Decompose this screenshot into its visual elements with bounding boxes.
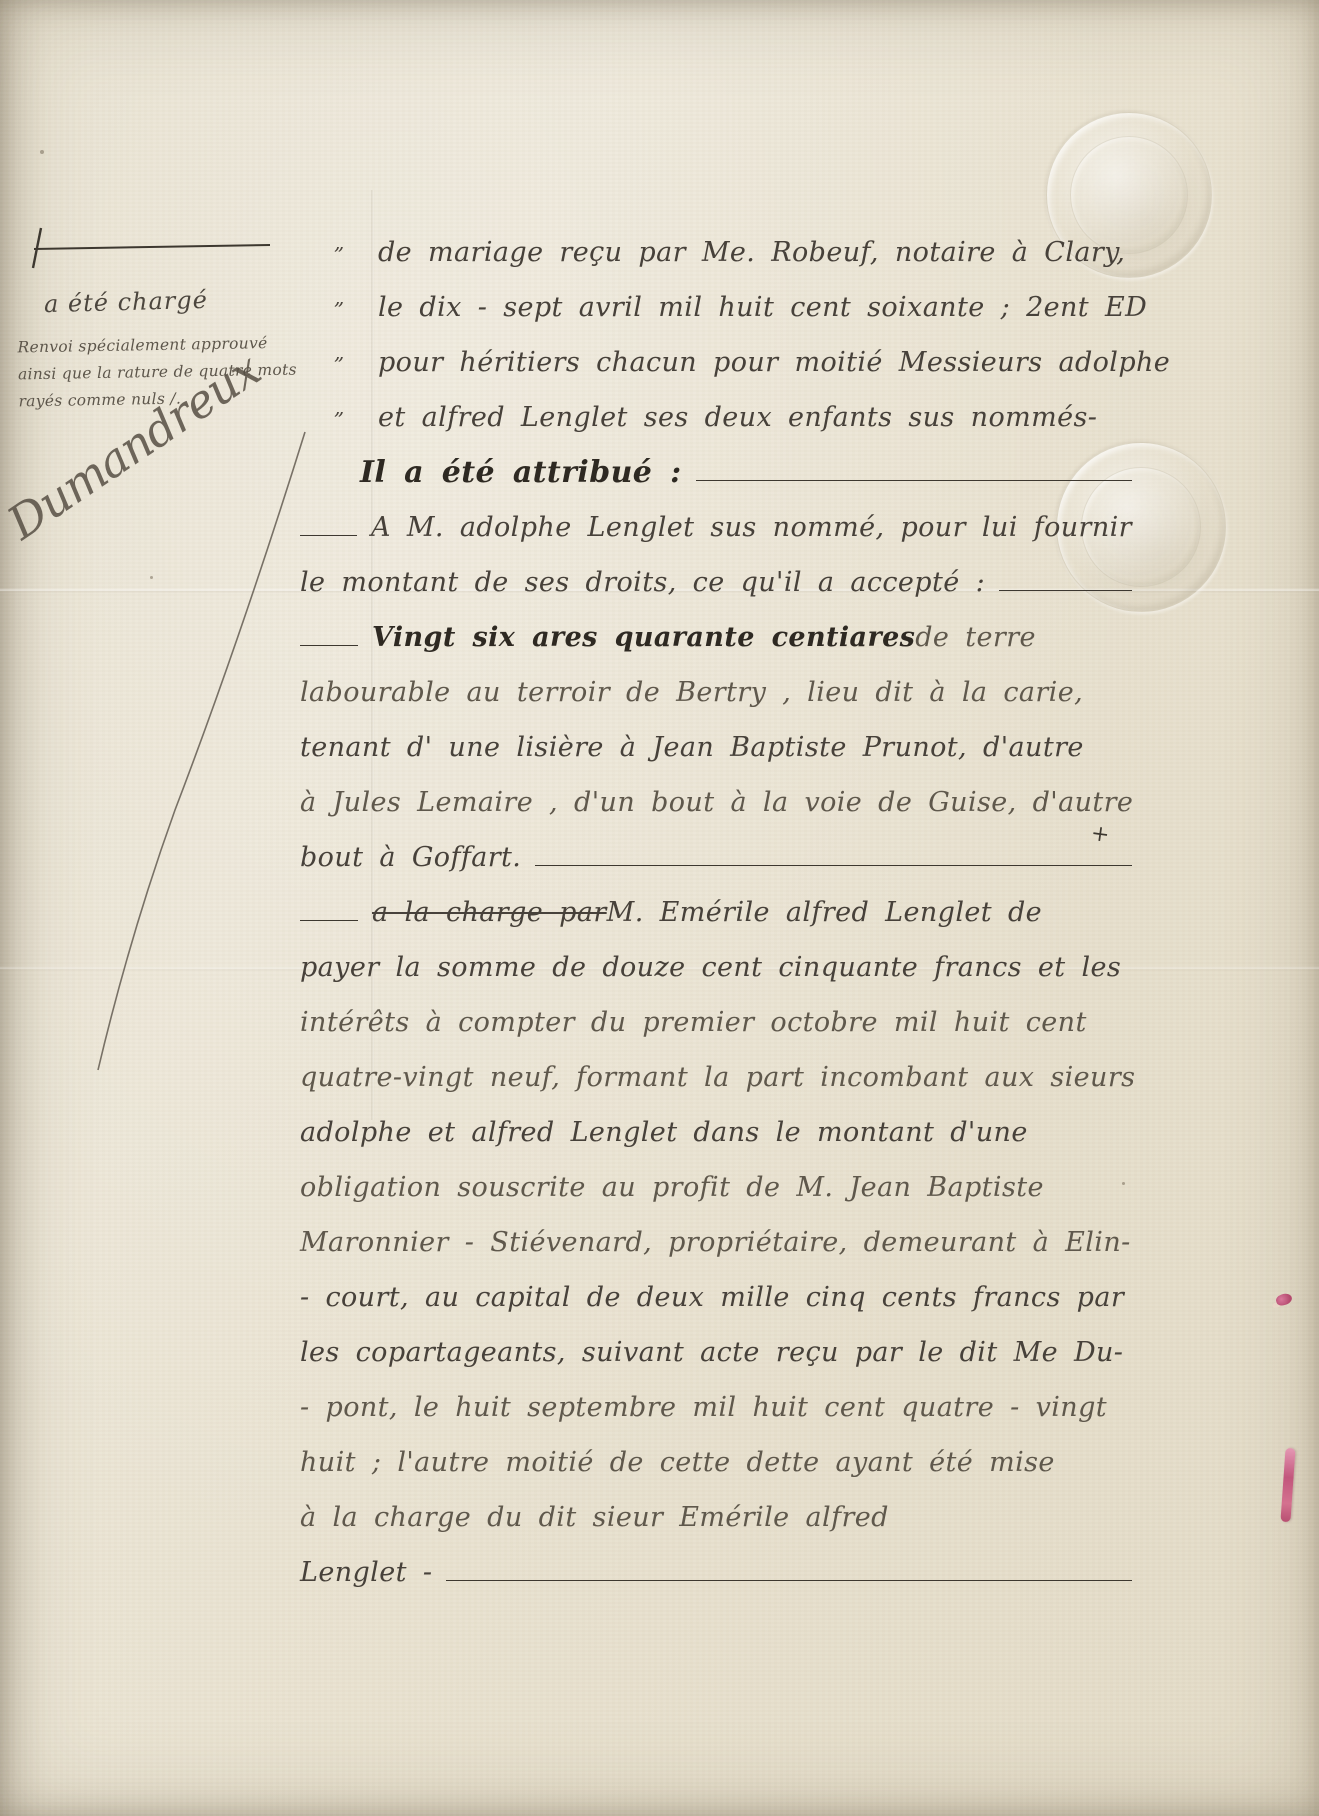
handwritten-text: M. Emérile alfred Lenglet de [607,898,1042,928]
handwritten-text: Maronnier - Stiévenard, propriétaire, de… [300,1228,1131,1258]
manuscript-line: tenant d' une lisière à Jean Baptiste Pr… [300,708,1132,763]
handwritten-text: à la charge du dit sieur Emérile alfred [300,1503,889,1533]
paper-speck [150,576,153,579]
manuscript-line: Vingt six ares quarante centiares de ter… [300,598,1132,653]
ink-rule-lead [300,920,358,921]
manuscript-line: a la charge par M. Emérile alfred Lengle… [300,873,1132,928]
renvoi-cross-line [20,222,280,272]
handwritten-text: intérêts à compter du premier octobre mi… [300,1008,1087,1038]
ink-rule-lead [300,535,357,536]
handwritten-text: obligation souscrite au profit de M. Jea… [300,1173,1044,1203]
manuscript-line: labourable au terroir de Bertry , lieu d… [300,653,1132,708]
handwritten-text: et alfred Lenglet ses deux enfants sus n… [378,403,1097,433]
paper-speck [1122,1182,1125,1185]
struck-out-words: a la charge par [372,898,607,928]
scanned-document-page: a été chargé Renvoi spécialement approuv… [0,0,1319,1816]
manuscript-line: - court, au capital de deux mille cinq c… [300,1258,1132,1313]
handwritten-text: huit ; l'autre moitié de cette dette aya… [300,1448,1055,1478]
manuscript-line: obligation souscrite au profit de M. Jea… [300,1148,1132,1203]
manuscript-line: „de mariage reçu par Me. Robeuf, notaire… [300,213,1132,268]
handwritten-text: tenant d' une lisière à Jean Baptiste Pr… [300,733,1084,763]
handwritten-text: - pont, le huit septembre mil huit cent … [300,1393,1107,1423]
handwritten-text: - court, au capital de deux mille cinq c… [300,1283,1124,1313]
handwritten-text: Il a été attribué : [360,458,682,488]
ink-rule-tail [696,480,1132,481]
ink-rule-lead [300,645,358,646]
manuscript-line: à la charge du dit sieur Emérile alfred [300,1478,1132,1533]
manuscript-line: intérêts à compter du premier octobre mi… [300,983,1132,1038]
manuscript-line: Maronnier - Stiévenard, propriétaire, de… [300,1203,1132,1258]
manuscript-line: à Jules Lemaire , d'un bout à la voie de… [300,763,1132,818]
manuscript-line: A M. adolphe Lenglet sus nommé, pour lui… [300,488,1132,543]
manuscript-body: „de mariage reçu par Me. Robeuf, notaire… [300,213,1132,1588]
handwritten-text: le montant de ses droits, ce qu'il a acc… [300,568,985,598]
manuscript-line: les copartageants, suivant acte reçu par… [300,1313,1132,1368]
manuscript-line: bout à Goffart.+ [300,818,1132,873]
manuscript-line: „et alfred Lenglet ses deux enfants sus … [300,378,1132,433]
manuscript-line: adolphe et alfred Lenglet dans le montan… [300,1093,1132,1148]
handwritten-text: adolphe et alfred Lenglet dans le montan… [300,1118,1028,1148]
ink-rule-tail [999,590,1132,591]
handwritten-text: de terre [915,623,1036,653]
manuscript-line: Lenglet - [300,1533,1132,1588]
handwritten-text: de mariage reçu par Me. Robeuf, notaire … [378,238,1125,268]
margin-charge-note: a été chargé [44,286,209,318]
handwritten-text: à Jules Lemaire , d'un bout à la voie de… [300,788,1133,818]
ditto-mark: „ [334,340,345,364]
handwritten-text: les copartageants, suivant acte reçu par… [300,1338,1123,1368]
handwritten-text: A M. adolphe Lenglet sus nommé, pour lui… [371,513,1132,543]
ditto-mark: „ [334,230,345,254]
manuscript-line: payer la somme de douze cent cinquante f… [300,928,1132,983]
manuscript-line: Il a été attribué : [300,433,1132,488]
handwritten-text: Vingt six ares quarante centiares [372,623,915,653]
binding-thread [1280,1448,1295,1523]
binding-thread [1275,1292,1294,1307]
handwritten-text: quatre-vingt neuf, formant la part incom… [300,1063,1135,1093]
renvoi-cross-mark: + [1090,821,1112,848]
handwritten-text: bout à Goffart. [300,843,521,873]
handwritten-text: le dix - sept avril mil huit cent soixan… [378,293,1147,323]
ink-rule-tail [535,865,1132,866]
manuscript-line: le montant de ses droits, ce qu'il a acc… [300,543,1132,598]
handwritten-text: pour héritiers chacun pour moitié Messie… [378,348,1170,378]
handwritten-text: Lenglet - [300,1558,432,1588]
ink-rule-tail [446,1580,1132,1581]
ditto-mark: „ [334,395,345,419]
signature-flourish-line [0,380,340,1100]
manuscript-line: huit ; l'autre moitié de cette dette aya… [300,1423,1132,1478]
manuscript-line: „pour héritiers chacun pour moitié Messi… [300,323,1132,378]
handwritten-text: payer la somme de douze cent cinquante f… [300,953,1121,983]
manuscript-line: - pont, le huit septembre mil huit cent … [300,1368,1132,1423]
paper-speck [40,150,44,154]
handwritten-text: labourable au terroir de Bertry , lieu d… [300,678,1083,708]
manuscript-line: quatre-vingt neuf, formant la part incom… [300,1038,1132,1093]
ditto-mark: „ [334,285,345,309]
manuscript-line: „le dix - sept avril mil huit cent soixa… [300,268,1132,323]
